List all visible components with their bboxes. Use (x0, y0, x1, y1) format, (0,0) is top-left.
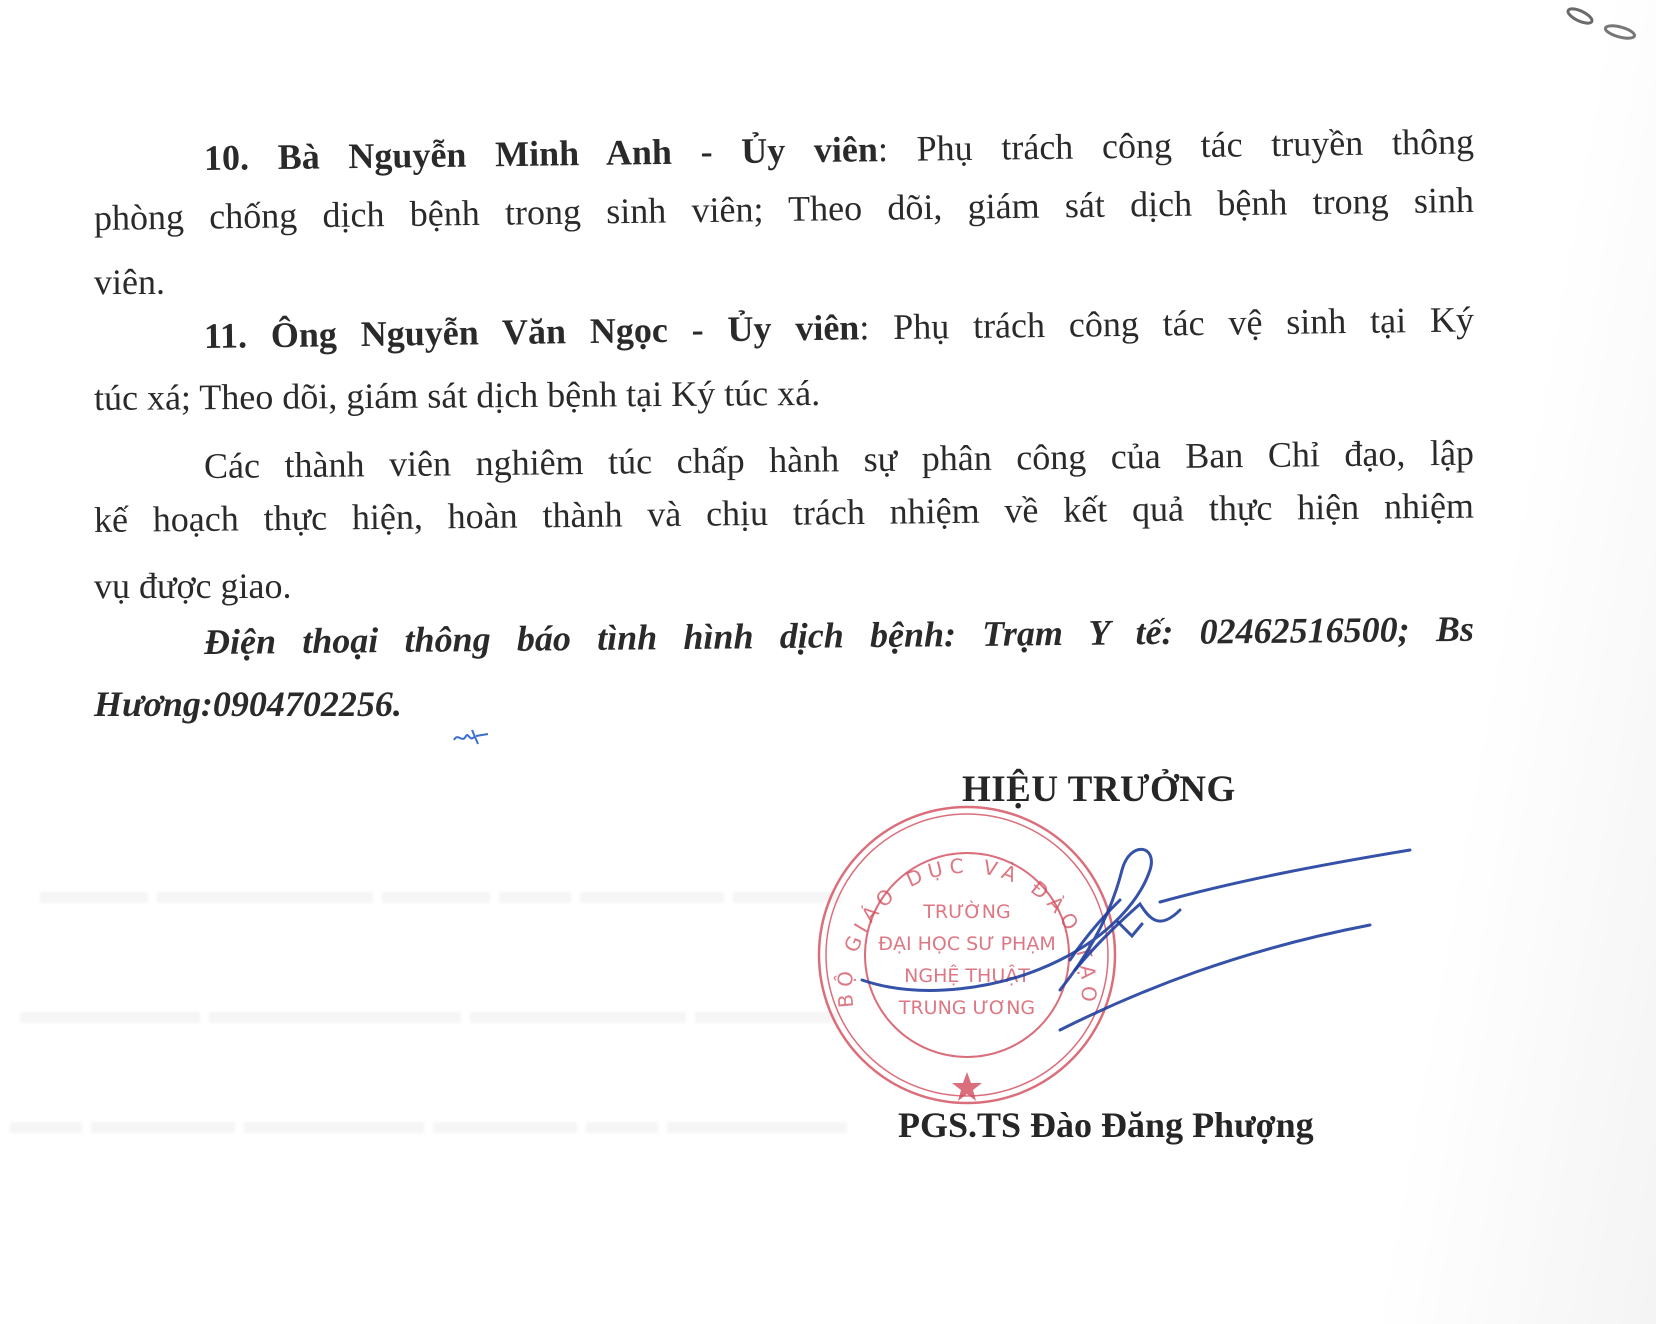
item-number: 10. (204, 137, 250, 178)
item-10-text-line: viên. (94, 264, 165, 300)
staple-mark-icon (1560, 0, 1656, 50)
hotline-line: Điện thoại thông báo tình hình dịch bệnh… (204, 611, 1474, 660)
hotline-line: Hương:0904702256. (94, 686, 402, 722)
duty-text: Phụ trách công tác vệ sinh tại Ký (893, 299, 1474, 347)
closing-paragraph-line: vụ được giao. (94, 568, 292, 604)
signatory-name: PGS.TS Đào Đăng Phượng (898, 1104, 1314, 1146)
member-role: Ủy viên (727, 307, 859, 349)
item-11-heading-line: 11. Ông Nguyễn Văn Ngọc - Ủy viên: Phụ t… (204, 301, 1474, 354)
item-10-text-line: phòng chống dịch bệnh trong sinh viên; T… (94, 182, 1474, 236)
member-name: Bà Nguyễn Minh Anh (277, 132, 672, 177)
scanned-page: ▬▬▬ ▬▬▬▬ ▬▬ ▬▬▬ ▬▬▬▬▬▬ ▬▬▬ ▬▬▬▬ ▬▬▬▬▬▬ ▬… (0, 0, 1656, 1324)
member-role: Ủy viên (741, 129, 878, 171)
show-through-text: ▬▬▬▬ ▬▬▬▬▬▬ ▬▬▬▬▬▬▬ ▬▬▬▬▬ (20, 990, 839, 1032)
show-through-text: ▬▬▬ ▬▬▬▬ ▬▬ ▬▬▬ ▬▬▬▬▬▬ ▬▬▬ (40, 870, 841, 912)
item-number: 11. (204, 315, 248, 356)
closing-paragraph-line: kế hoạch thực hiện, hoàn thành và chịu t… (94, 488, 1474, 538)
ink-initial-icon (452, 722, 494, 746)
duty-text: Phụ trách công tác truyền thông (916, 121, 1474, 168)
show-through-text: ▬▬▬▬▬ ▬▬ ▬▬▬▬ ▬▬▬▬▬ ▬▬▬▬ ▬▬ (10, 1100, 847, 1142)
closing-paragraph-line: Các thành viên nghiêm túc chấp hành sự p… (204, 435, 1474, 484)
handwritten-signature-icon (860, 840, 1420, 1080)
item-10-heading-line: 10. Bà Nguyễn Minh Anh - Ủy viên: Phụ tr… (204, 123, 1474, 176)
item-11-text-line: túc xá; Theo dõi, giám sát dịch bệnh tại… (94, 375, 820, 416)
member-name: Ông Nguyễn Văn Ngọc (271, 310, 668, 355)
